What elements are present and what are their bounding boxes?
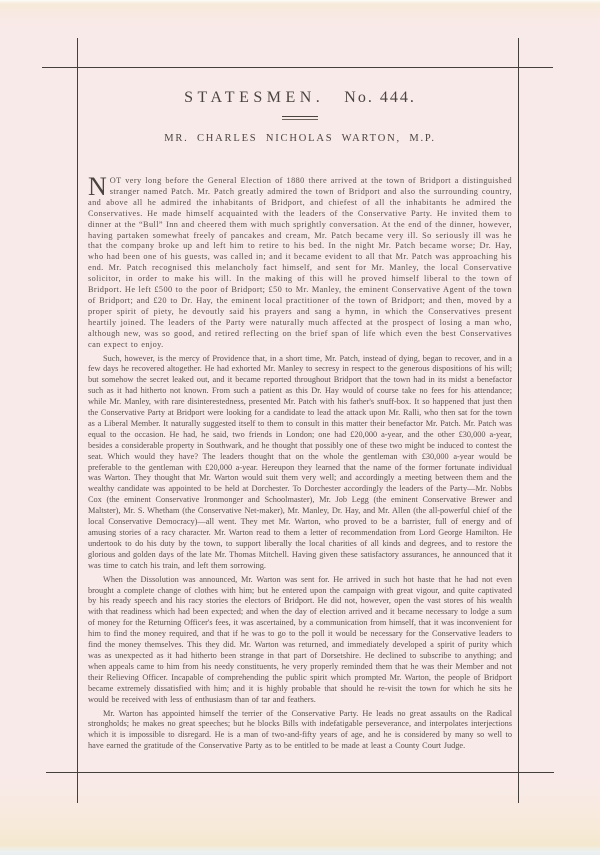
paragraph-2: Such, however, is the mercy of Providenc… bbox=[88, 354, 512, 572]
title-divider bbox=[282, 116, 318, 120]
article-body: NOT very long before the General Electio… bbox=[88, 176, 512, 752]
masthead: STATESMEN.No. 444. MR. CHARLES NICHOLAS … bbox=[0, 88, 600, 145]
subject-title: MR. CHARLES NICHOLAS WARTON, M.P. bbox=[0, 132, 600, 145]
document-page: STATESMEN.No. 444. MR. CHARLES NICHOLAS … bbox=[0, 0, 600, 855]
frame-top-rule bbox=[42, 67, 553, 68]
frame-left-rule bbox=[77, 38, 78, 803]
drop-cap: N bbox=[88, 176, 110, 197]
frame-right-rule bbox=[518, 38, 519, 803]
paragraph-3: When the Dissolution was announced, Mr. … bbox=[88, 575, 512, 706]
series-number: No. 444. bbox=[344, 89, 416, 106]
frame-bottom-rule bbox=[46, 772, 554, 773]
paragraph-1-text: OT very long before the General Election… bbox=[88, 176, 512, 349]
paragraph-1: NOT very long before the General Electio… bbox=[88, 176, 512, 351]
paragraph-4: Mr. Warton has appointed himself the ter… bbox=[88, 709, 512, 753]
series-title-line: STATESMEN.No. 444. bbox=[0, 88, 600, 107]
series-name: STATESMEN. bbox=[184, 89, 324, 106]
